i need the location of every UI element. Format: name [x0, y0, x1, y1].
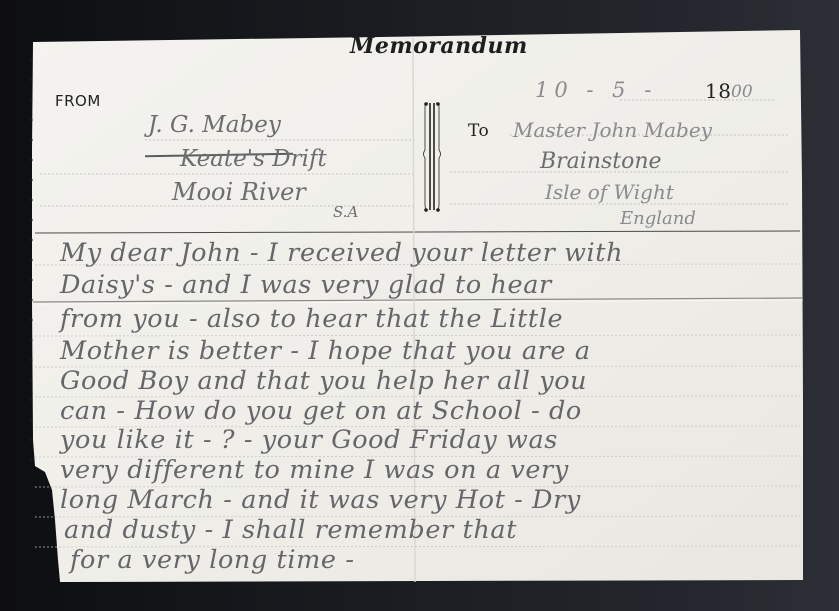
- memorandum-title: Memorandum: [350, 33, 528, 59]
- letter-line: My dear John - I received your letter wi…: [60, 238, 623, 268]
- recipient-line: Brainstone: [540, 149, 662, 174]
- sender-line: S.A: [333, 203, 358, 221]
- to-label: To: [468, 121, 489, 141]
- letter-line: Daisy's - and I was very glad to hear: [60, 270, 552, 300]
- sender-line: J. G. Mabey: [148, 112, 281, 138]
- recipient-line: England: [620, 208, 696, 229]
- letter-line: Good Boy and that you help her all you: [60, 366, 587, 396]
- sender-line: Mooi River: [172, 178, 306, 206]
- memorandum-content: Memorandum FROM To 18 10 - 5 - 00 J. G. …: [0, 0, 839, 611]
- letter-line: Mother is better - I hope that you are a: [60, 336, 591, 366]
- recipient-line: Isle of Wight: [545, 180, 674, 204]
- printed-year-prefix: 18: [705, 79, 731, 103]
- letter-line: can - How do you get on at School - do: [60, 396, 582, 426]
- letter-line: and dusty - I shall remember that: [64, 515, 517, 545]
- sender-line: Keate's Drift: [180, 146, 327, 172]
- letter-line: for a very long time -: [70, 545, 355, 575]
- handwritten-date: 10 - 5 -: [535, 78, 657, 102]
- letter-line: you like it - ? - your Good Friday was: [60, 425, 558, 455]
- letter-line: very different to mine I was on a very: [60, 455, 569, 485]
- letter-line: long March - and it was very Hot - Dry: [60, 485, 581, 515]
- recipient-line: Master John Mabey: [513, 118, 712, 142]
- from-label: FROM: [55, 92, 101, 110]
- letter-line: from you - also to hear that the Little: [60, 304, 563, 334]
- handwritten-year-suffix: 00: [731, 82, 753, 102]
